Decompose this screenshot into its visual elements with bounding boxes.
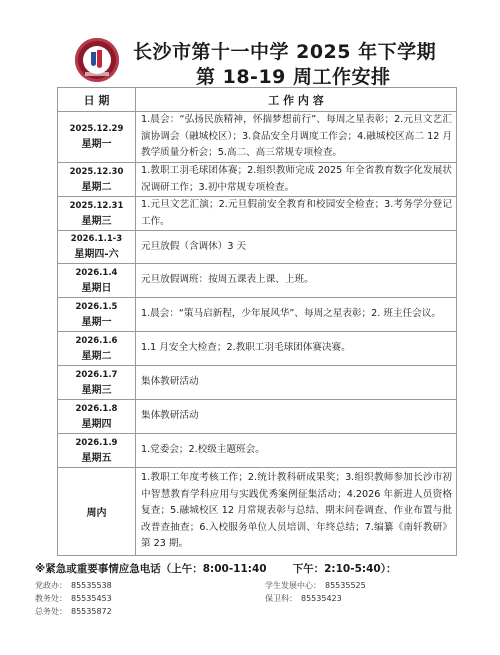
week-label: 周内 — [58, 468, 136, 556]
work-content: 集体教研活动 — [136, 400, 457, 434]
date: 2026.1.7 — [58, 368, 135, 383]
weekday: 星期四 — [58, 417, 135, 432]
date-cell: 2025.12.29星期一 — [58, 112, 136, 163]
column-header-content: 工 作 内 容 — [136, 88, 457, 112]
phone-number: 85535525 — [325, 581, 366, 590]
date: 2026.1.8 — [58, 402, 135, 417]
emergency-am-hours: ※紧急或重要事情应急电话（上午：8:00-11:40 — [35, 563, 267, 575]
phone-number: 85535453 — [71, 594, 112, 603]
date-cell: 2025.12.31星期三 — [58, 197, 136, 231]
work-content: 1.教职工羽毛球团体赛；2.组织教师完成 2025 年全省教育数字化发展状况调研… — [136, 163, 457, 197]
weekday: 星期五 — [58, 451, 135, 466]
work-content: 1.元旦文艺汇演；2.元旦假前安全教育和校园安全检查；3.考务学分登记工作。 — [136, 197, 457, 231]
date: 2026.1.5 — [58, 300, 135, 315]
work-content: 1.教职工年度考核工作；2.统计教科研成果奖；3.组织教师参加长沙市初中智慧教育… — [136, 468, 457, 556]
table-row: 2026.1.8星期四 集体教研活动 — [58, 400, 457, 434]
date-cell: 2026.1.8星期四 — [58, 400, 136, 434]
table-row: 2026.1.7星期三 集体教研活动 — [58, 366, 457, 400]
date-cell: 2025.12.30星期二 — [58, 163, 136, 197]
table-row-week: 周内 1.教职工年度考核工作；2.统计教科研成果奖；3.组织教师参加长沙市初中智… — [58, 468, 457, 556]
work-content: 1.晨会：“弘扬民族精神，怀揣梦想前行”、每周之星表彰；2.元旦文艺汇演协调会（… — [136, 112, 457, 163]
work-content: 1.晨会：“策马启新程，少年展风华”、每周之星表彰；2. 班主任会议。 — [136, 298, 457, 332]
weekday: 星期四-六 — [58, 247, 135, 262]
table-row: 2026.1.9星期五 1.党委会；2.校级主题班会。 — [58, 434, 457, 468]
date: 2025.12.30 — [58, 165, 135, 180]
weekday: 星期一 — [58, 137, 135, 152]
phone-entry: 学生发展中心：85535525 — [265, 580, 366, 591]
work-content: 元旦放假调班：按周五课表上课、上班。 — [136, 264, 457, 298]
emergency-pm-hours: 下午：2:10-5:40）： — [293, 563, 397, 575]
table-row: 2025.12.29星期一 1.晨会：“弘扬民族精神，怀揣梦想前行”、每周之星表… — [58, 112, 457, 163]
document-header: 长沙市第十一中学 2025 年下学期 第 18-19 周工作安排 — [0, 0, 500, 87]
table-row: 2025.12.31星期三 1.元旦文艺汇演；2.元旦假前安全教育和校园安全检查… — [58, 197, 457, 231]
weekday: 星期二 — [58, 349, 135, 364]
column-header-date: 日 期 — [58, 88, 136, 112]
phone-number: 85535538 — [71, 581, 112, 590]
phone-entry: 党政办：85535538 — [35, 580, 112, 591]
school-emblem-icon — [75, 38, 119, 82]
department: 总务处： — [35, 607, 67, 616]
weekday: 星期日 — [58, 281, 135, 296]
phone-number: 85535423 — [301, 594, 342, 603]
weekday: 星期三 — [58, 383, 135, 398]
department: 党政办： — [35, 581, 67, 590]
date-cell: 2026.1.4星期日 — [58, 264, 136, 298]
date: 2025.12.29 — [58, 122, 135, 137]
date: 2026.1.9 — [58, 436, 135, 451]
phone-entry: 教务处：85535453 — [35, 593, 112, 604]
date-cell: 2026.1.9星期五 — [58, 434, 136, 468]
table-row: 2025.12.30星期二 1.教职工羽毛球团体赛；2.组织教师完成 2025 … — [58, 163, 457, 197]
weekday: 星期一 — [58, 315, 135, 330]
table-row: 2026.1.6星期二 1.1 月安全大检查；2.教职工羽毛球团体赛决赛。 — [58, 332, 457, 366]
phone-number: 85535872 — [71, 607, 112, 616]
schedule-table: 日 期 工 作 内 容 2025.12.29星期一 1.晨会：“弘扬民族精神，怀… — [57, 87, 457, 556]
work-content: 元旦放假（含调休）3 天 — [136, 231, 457, 264]
date-cell: 2026.1.5星期一 — [58, 298, 136, 332]
table-row: 2026.1.1-3星期四-六 元旦放假（含调休）3 天 — [58, 231, 457, 264]
date: 2026.1.6 — [58, 334, 135, 349]
phone-entry: 保卫科：85535423 — [265, 593, 342, 604]
date-cell: 2026.1.6星期二 — [58, 332, 136, 366]
weekday: 星期二 — [58, 180, 135, 195]
work-content: 集体教研活动 — [136, 366, 457, 400]
date: 2026.1.1-3 — [58, 232, 135, 247]
work-content: 1.1 月安全大检查；2.教职工羽毛球团体赛决赛。 — [136, 332, 457, 366]
department: 教务处： — [35, 594, 67, 603]
document-subtitle: 第 18-19 周工作安排 — [196, 62, 391, 89]
emergency-phone-title: ※紧急或重要事情应急电话（上午：8:00-11:40下午：2:10-5:40）： — [35, 561, 396, 576]
table-header-row: 日 期 工 作 内 容 — [58, 88, 457, 112]
table-row: 2026.1.5星期一 1.晨会：“策马启新程，少年展风华”、每周之星表彰；2.… — [58, 298, 457, 332]
phone-entry: 总务处：85535872 — [35, 606, 112, 617]
date: 2026.1.4 — [58, 266, 135, 281]
date-cell: 2026.1.7星期三 — [58, 366, 136, 400]
date: 2025.12.31 — [58, 199, 135, 214]
weekday: 星期三 — [58, 214, 135, 229]
department: 保卫科： — [265, 594, 297, 603]
date-cell: 2026.1.1-3星期四-六 — [58, 231, 136, 264]
document-title: 长沙市第十一中学 2025 年下学期 — [133, 37, 436, 64]
table-row: 2026.1.4星期日 元旦放假调班：按周五课表上课、上班。 — [58, 264, 457, 298]
department: 学生发展中心： — [265, 581, 321, 590]
work-content: 1.党委会；2.校级主题班会。 — [136, 434, 457, 468]
